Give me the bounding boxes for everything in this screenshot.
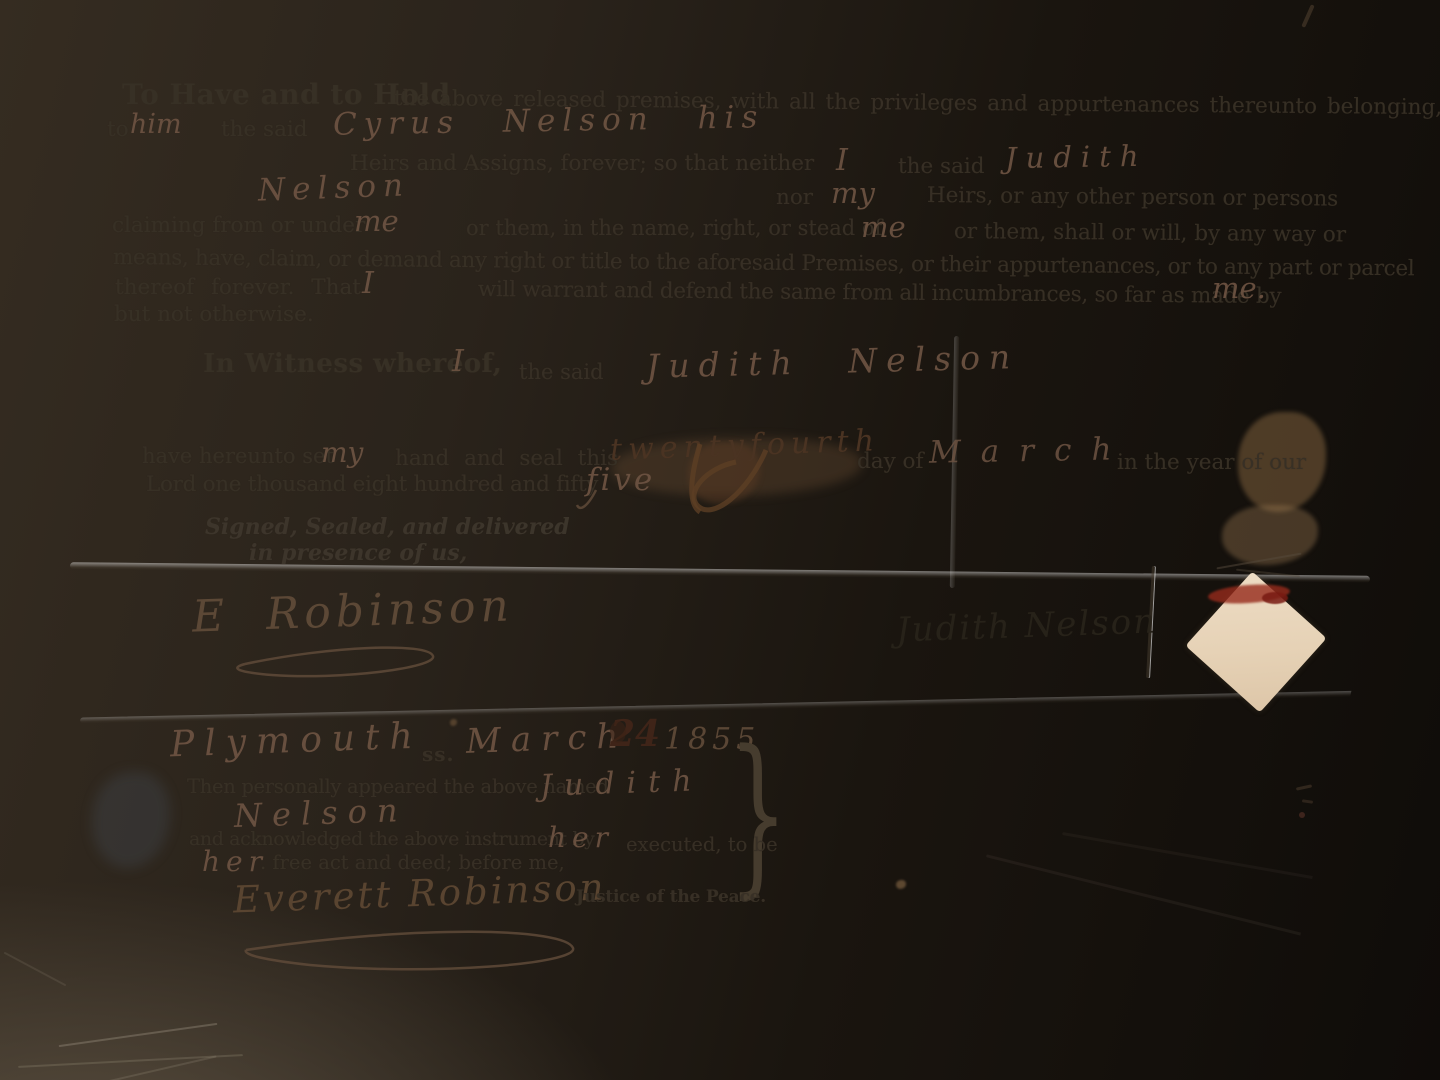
brown-stain-lower <box>1222 505 1318 565</box>
printed-ss: ss. <box>422 742 454 766</box>
blue-smudge <box>92 772 170 868</box>
wax-seal-spot <box>1262 592 1288 604</box>
handwritten-my-1: my <box>831 176 875 210</box>
handwritten-me-2: me <box>861 210 906 244</box>
printed-seal-1a: have hereunto set <box>142 444 334 468</box>
diagonal-crease-1 <box>986 854 1394 959</box>
printed-line-5b: or them, in the name, right, or stead of <box>466 216 882 240</box>
handwritten-me-3: me. <box>1212 271 1266 305</box>
background-scratch-1 <box>59 1023 218 1047</box>
printed-seal-2a: Lord one thousand eight hundred and fift… <box>146 472 598 497</box>
ink-mark-right-edge-1 <box>1296 784 1312 790</box>
printed-attestation-1: Signed, Sealed, and delivered <box>205 514 570 540</box>
document-paper: To Have and to Hold the above released p… <box>0 0 1440 1080</box>
handwritten-grantee-name: Cyrus Nelson his <box>333 99 765 143</box>
handwritten-march-2: March <box>465 716 629 762</box>
printed-the-said-3: the said <box>519 360 604 384</box>
handwritten-him: him <box>130 109 182 140</box>
handwritten-her-2: her <box>202 845 268 878</box>
printed-seal-1b: hand and seal this <box>395 446 618 471</box>
handwritten-i-3: I <box>452 344 464 379</box>
ink-mark-right-edge-2 <box>1302 799 1313 804</box>
handwritten-march-1: March <box>929 431 1132 471</box>
handwritten-judith-1: Judith <box>1005 139 1148 175</box>
printed-the-said-2: the said <box>898 154 985 179</box>
lower-fold-crease <box>80 690 1370 723</box>
handwritten-me-1: me <box>354 204 399 238</box>
printed-line-3: Heirs and Assigns, forever; so that neit… <box>350 151 814 176</box>
printed-line-5c: or them, shall or will, by any way or <box>954 219 1346 247</box>
printed-day-of: day of <box>857 449 923 474</box>
printed-to: to <box>107 117 129 142</box>
printed-line-4: Heirs, or any other person or persons <box>927 183 1339 212</box>
handwritten-my-2: my <box>321 436 363 469</box>
small-spot-1 <box>896 880 906 889</box>
printed-ack-2b: executed, to be <box>626 833 778 856</box>
handwritten-nelson-1: Nelson <box>257 167 410 208</box>
handwritten-her-1: her <box>548 821 614 854</box>
diagonal-crease-2 <box>1062 832 1358 887</box>
printed-line-7a: thereof forever. That <box>115 275 361 300</box>
photograph-of-deed: To Have and to Hold the above released p… <box>0 0 1440 1080</box>
pen-tick-top-right <box>1301 4 1314 28</box>
handwritten-i-1: I <box>836 143 848 178</box>
small-spot-2 <box>450 719 457 726</box>
printed-line-7b: will warrant and defend the same from al… <box>478 277 1282 309</box>
printed-attestation-2: in presence of us, <box>249 540 467 566</box>
printed-year-of-our: in the year of our <box>1117 450 1306 475</box>
ink-mark-right-edge-3 <box>1299 812 1305 818</box>
handwritten-judith-nelson: Judith Nelson <box>646 337 1020 386</box>
witness-signature: E Robinson <box>191 580 514 642</box>
printed-line-5a: claiming from or under <box>112 213 365 238</box>
handwritten-i-2: I <box>362 266 374 301</box>
printed-line-8: but not otherwise. <box>114 302 314 327</box>
handwritten-day-24: 24 <box>610 713 660 755</box>
handwritten-judith-2: Judith <box>539 763 704 804</box>
background-scratch-4 <box>4 952 67 987</box>
handwritten-five: five <box>586 462 655 498</box>
printed-brace: } <box>728 728 788 900</box>
handwritten-plymouth: Plymouth <box>169 716 423 766</box>
grantor-signature: Judith Nelson <box>895 601 1157 650</box>
printed-justice-title: Justice of the Peace. <box>576 887 766 907</box>
printed-nor: nor <box>776 185 813 210</box>
printed-the-said-1: the said <box>221 117 308 142</box>
